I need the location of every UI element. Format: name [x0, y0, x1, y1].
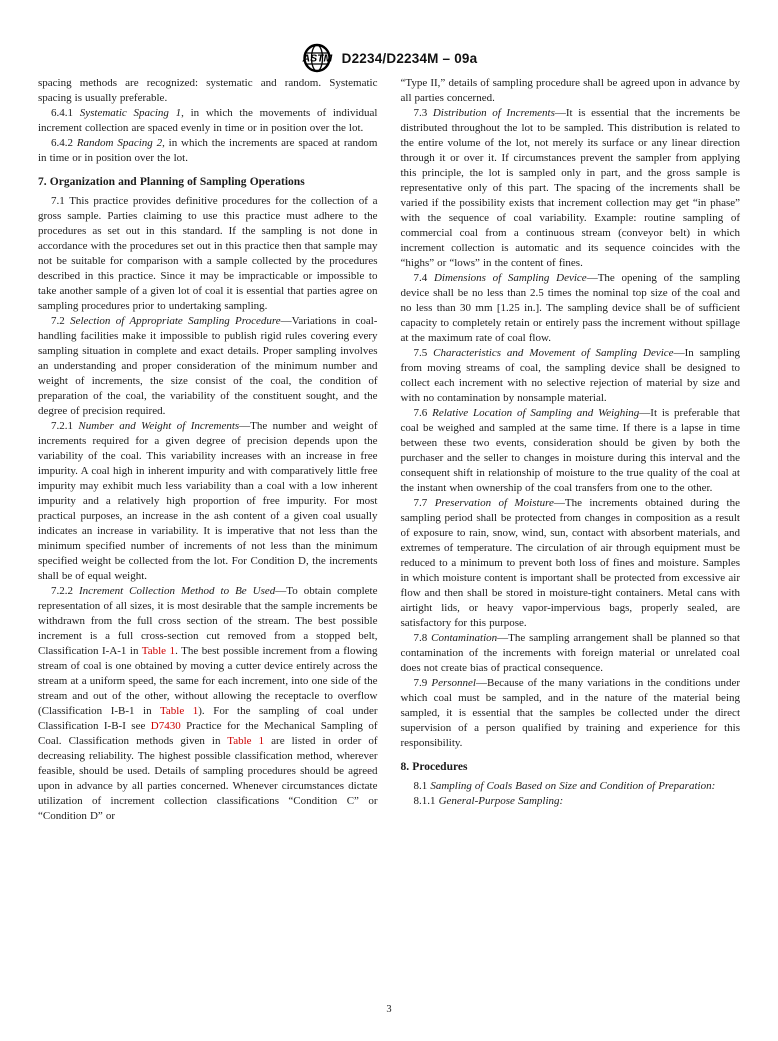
column-right: “Type II,” details of sampling procedure…: [401, 76, 741, 824]
text-run: —The increments obtained during the samp…: [401, 497, 741, 629]
reference-link[interactable]: D7430: [151, 720, 181, 732]
paragraph: 7.5 Characteristics and Movement of Samp…: [401, 346, 741, 406]
text-run: Characteristics and Movement of Sampling…: [433, 347, 673, 359]
text-run: Random Spacing 2: [77, 137, 162, 149]
text-run: Dimensions of Sampling Device: [434, 272, 587, 284]
text-run: Number and Weight of Increments: [78, 420, 239, 432]
text-run: General-Purpose Sampling:: [439, 795, 564, 807]
section-heading: 8. Procedures: [401, 760, 741, 775]
paragraph: 7.2 Selection of Appropriate Sampling Pr…: [38, 314, 378, 419]
text-run: 7.9: [414, 677, 432, 689]
text-run: spacing methods are recognized: systemat…: [38, 77, 378, 104]
text-run: 7. Organization and Planning of Sampling…: [38, 176, 305, 188]
paragraph: 8.1 Sampling of Coals Based on Size and …: [401, 779, 741, 794]
paragraph: 8.1.1 General-Purpose Sampling:: [401, 794, 741, 809]
paragraph: 6.4.2 Random Spacing 2, in which the inc…: [38, 136, 378, 166]
text-run: 8.1: [414, 780, 431, 792]
text-run: 7.6: [414, 407, 433, 419]
text-run: 7.2: [51, 315, 70, 327]
text-run: 7.8: [414, 632, 432, 644]
text-run: 7.2.1: [51, 420, 78, 432]
paragraph: spacing methods are recognized: systemat…: [38, 76, 378, 106]
paragraph: 7.2.1 Number and Weight of Increments—Th…: [38, 419, 378, 584]
text-run: 8.1.1: [414, 795, 439, 807]
text-run: Preservation of Moisture: [435, 497, 554, 509]
section-heading: 7. Organization and Planning of Sampling…: [38, 175, 378, 190]
text-run: 6.4.1: [51, 107, 80, 119]
text-run: Distribution of Increments: [433, 107, 555, 119]
paragraph: 7.4 Dimensions of Sampling Device—The op…: [401, 271, 741, 346]
text-run: —The number and weight of increments req…: [38, 420, 378, 582]
text-run: 7.4: [414, 272, 434, 284]
two-column-body: spacing methods are recognized: systemat…: [0, 76, 778, 824]
document-title: D2234/D2234M – 09a: [342, 51, 478, 66]
reference-link[interactable]: Table 1: [142, 645, 175, 657]
text-run: Increment Collection Method to Be Used: [79, 585, 275, 597]
text-run: 6.4.2: [51, 137, 77, 149]
reference-link[interactable]: Table 1: [160, 705, 198, 717]
document-page: ASTM D2234/D2234M – 09a spacing methods …: [0, 0, 778, 1041]
svg-text:ASTM: ASTM: [301, 53, 332, 65]
text-run: 7.3: [414, 107, 433, 119]
paragraph: 7.9 Personnel—Because of the many variat…: [401, 676, 741, 751]
text-run: —It is essential that the increments be …: [401, 107, 741, 269]
text-run: 7.5: [414, 347, 434, 359]
paragraph: 6.4.1 Systematic Spacing 1, in which the…: [38, 106, 378, 136]
text-run: are listed in order of decreasing reliab…: [38, 735, 378, 822]
text-run: Systematic Spacing 1: [80, 107, 181, 119]
paragraph: 7.6 Relative Location of Sampling and We…: [401, 406, 741, 496]
paragraph: “Type II,” details of sampling procedure…: [401, 76, 741, 106]
text-run: Relative Location of Sampling and Weighi…: [432, 407, 639, 419]
text-run: Personnel: [431, 677, 476, 689]
text-run: 7.2.2: [51, 585, 79, 597]
paragraph: 7.8 Contamination—The sampling arrangeme…: [401, 631, 741, 676]
page-number: 3: [0, 1004, 778, 1015]
document-header: ASTM D2234/D2234M – 09a: [0, 42, 778, 74]
column-left: spacing methods are recognized: systemat…: [38, 76, 378, 824]
reference-link[interactable]: Table 1: [227, 735, 264, 747]
text-run: Sampling of Coals Based on Size and Cond…: [430, 780, 715, 792]
text-run: —Variations in coal-handling facilities …: [38, 315, 378, 417]
text-run: 8. Procedures: [401, 761, 468, 773]
paragraph: 7.2.2 Increment Collection Method to Be …: [38, 584, 378, 824]
astm-logo-icon: ASTM: [301, 43, 335, 73]
text-run: —It is preferable that coal be weighed a…: [401, 407, 741, 494]
text-run: 7.1 This practice provides definitive pr…: [38, 195, 378, 312]
text-run: 7.7: [414, 497, 435, 509]
paragraph: 7.3 Distribution of Increments—It is ess…: [401, 106, 741, 271]
paragraph: 7.1 This practice provides definitive pr…: [38, 194, 378, 314]
text-run: Contamination: [431, 632, 497, 644]
paragraph: 7.7 Preservation of Moisture—The increme…: [401, 496, 741, 631]
text-run: Selection of Appropriate Sampling Proced…: [70, 315, 281, 327]
text-run: “Type II,” details of sampling procedure…: [401, 77, 741, 104]
